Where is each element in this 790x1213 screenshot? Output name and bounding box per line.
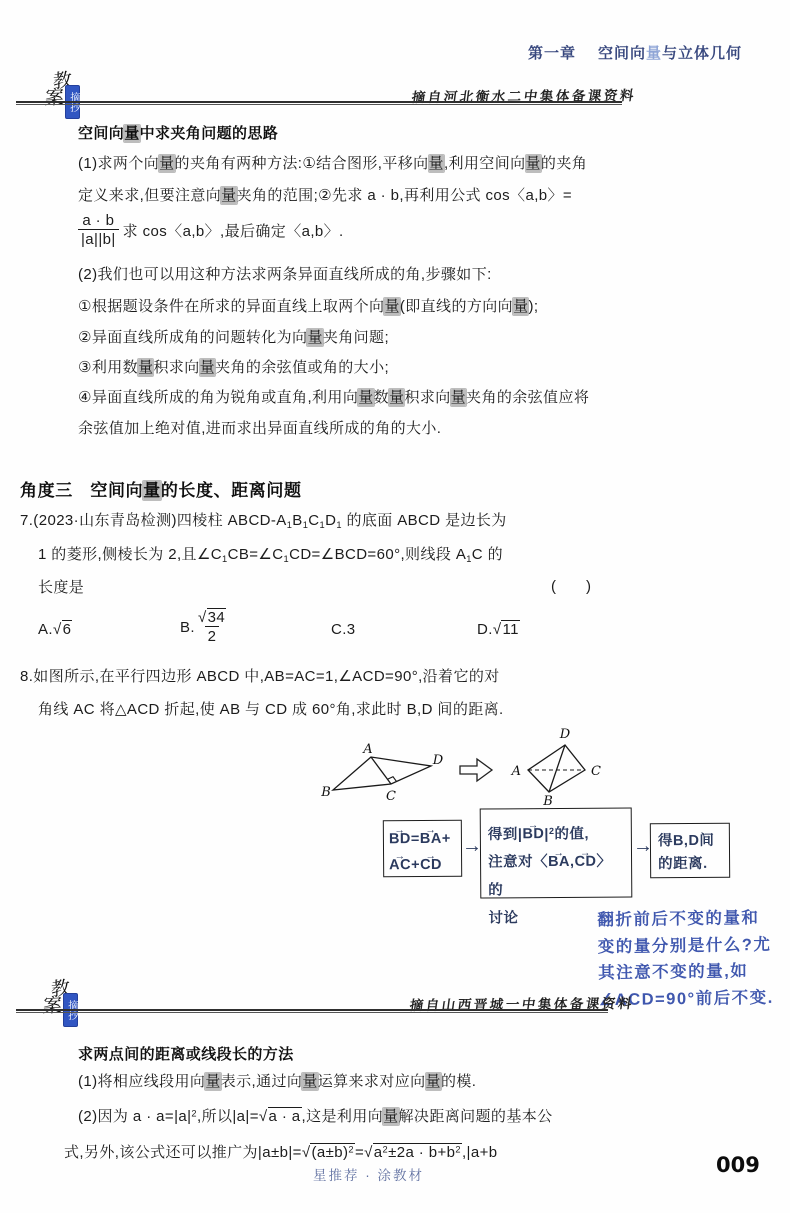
pgram-label-a: A — [362, 742, 372, 757]
chapter-title-post: 与立体几何 — [662, 45, 742, 62]
stamp2-char-an: 案 — [42, 990, 62, 1018]
stamp-char-an: 案 — [44, 82, 64, 110]
q7-choice-c: C.3 — [331, 621, 356, 638]
notes1-step4-cont: 余弦值加上绝对值,进而求出异面直线所成的角的大小. — [78, 417, 441, 438]
textbook-page: 第一章空间向量与立体几何 教 案 摘抄 摘自河北衡水二中集体备课资料 空间向量中… — [0, 0, 790, 1213]
notes1-line3: (2)我们也可以用这种方法求两条异面直线所成的角,步骤如下: — [78, 263, 492, 284]
q7-choice-b-denominator: 2 — [205, 626, 220, 645]
flowchart-box1-line2: AC+CD — [389, 852, 457, 878]
chapter-number: 第一章 — [528, 45, 576, 62]
chapter-header: 第一章空间向量与立体几何 — [528, 42, 742, 63]
q7-answer-blank: ( ) — [551, 575, 591, 596]
q7-choice-d: D.11 — [477, 621, 520, 638]
notes1-step4: ④异面直线所成的角为锐角或直角,利用向量数量积求向量夹角的余弦值应将 — [78, 386, 589, 407]
q7-line3: 长度是 — [38, 576, 84, 597]
tetra-label-c: C — [591, 764, 601, 779]
q8-line2: 角线 AC 将△ACD 折起,使 AB 与 CD 成 60°角,求此时 B,D … — [38, 698, 504, 719]
notes2-line1: (1)将相应线段用向量表示,通过向量运算来求对应向量的模. — [78, 1070, 476, 1091]
margin-note-line3: 其注意不变的量,如 — [598, 958, 774, 987]
section-heading-angle3: 角度三 空间向量的长度、距离问题 — [20, 476, 302, 501]
page-number: 009 — [716, 1153, 760, 1177]
flowchart-box-result: 得B,D间 的距离. — [650, 823, 730, 879]
flowchart-box3-line1: 得B,D间 — [658, 830, 725, 853]
pgram-label-d: D — [432, 753, 444, 768]
flowchart-box-discussion: 得到|BD|2的值, 注意对〈BA,CD〉的 讨论 — [480, 807, 633, 898]
lesson-plan-stamp: 教 案 摘抄 — [44, 66, 104, 126]
q7-choice-b-label: B. — [180, 619, 195, 636]
notes1-line2: 定义来求,但要注意向量夹角的范围;②先求 a · b,再利用公式 cos〈a,b… — [78, 184, 572, 205]
chapter-title-pre: 空间向 — [598, 45, 646, 62]
flowchart-box2-line2: 注意对〈BA,CD〉的 — [488, 848, 626, 905]
q7-choice-a: A.6 — [38, 621, 72, 638]
margin-note-line1: 翻折前后不变的量和 — [597, 905, 773, 934]
notes1-step2: ②异面直线所成角的问题转化为向量夹角问题; — [78, 326, 389, 347]
chapter-title-highlight: 量 — [646, 45, 662, 62]
margin-note-line2: 变的量分别是什么?尤 — [598, 931, 774, 960]
notes1-line1: (1)求两个向量的夹角有两种方法:①结合图形,平移向量,利用空间向量的夹角 — [78, 152, 587, 173]
tetrahedron-diagram — [528, 745, 585, 792]
notes2-line2: (2)因为 a · a=|a|2,所以|a|=a · a,这是利用向量解决距离问… — [78, 1105, 553, 1126]
notes1-fraction-line: a · b |a||b| 求 cos〈a,b〉,最后确定〈a,b〉. — [78, 212, 344, 249]
q7-choice-b: B. 34 2 — [180, 609, 229, 646]
parallelogram-diagram — [333, 757, 431, 790]
footer-brand: 星推荐 · 涂教材 — [313, 1164, 424, 1184]
fraction-ab-over-abs: a · b |a||b| — [78, 212, 119, 249]
q8-line1: 8.如图所示,在平行四边形 ABCD 中,AB=AC=1,∠ACD=90°,沿着… — [20, 665, 500, 686]
lesson-plan-stamp-2: 教 案 摘抄 — [42, 974, 102, 1034]
pgram-label-b: B — [320, 785, 331, 800]
tetra-label-d: D — [559, 727, 571, 742]
implies-arrow-icon — [460, 759, 492, 781]
tetra-label-a: A — [511, 764, 521, 779]
q7-line2: 1 的菱形,侧棱长为 2,且∠C1CB=∠C1CD=∠BCD=60°,则线段 A… — [38, 543, 503, 564]
fraction-tail-text: 求 cos〈a,b〉,最后确定〈a,b〉. — [123, 220, 344, 241]
notes2-title: 求两点间的距离或线段长的方法 — [78, 1043, 294, 1064]
fraction-numerator: a · b — [79, 212, 117, 229]
notes2-line3: 式,另外,该公式还可以推广为|a±b|=(a±b)2=a2±2a · b+b2,… — [64, 1141, 497, 1162]
header-rule-1 — [16, 101, 622, 103]
notes1-title: 空间向量中求夹角问题的思路 — [78, 122, 278, 143]
flowchart-box3-line2: 的距离. — [658, 853, 725, 876]
header-rule-2 — [16, 1009, 608, 1011]
q8-figure: A B C D D A C B — [300, 722, 620, 817]
q7-choice-b-numerator: 34 — [195, 609, 229, 626]
fraction-denominator: |a||b| — [78, 229, 119, 248]
pgram-label-c: C — [386, 789, 396, 804]
q7-choice-b-fraction: 34 2 — [195, 609, 229, 646]
q7-line1: 7.(2023·山东青岛检测)四棱柱 ABCD-A1B1C1D1 的底面 ABC… — [20, 509, 507, 530]
tetra-label-b: B — [542, 794, 553, 809]
notes1-step1: ①根据题设条件在所求的异面直线上取两个向量(即直线的方向向量); — [78, 295, 538, 316]
notes1-step3: ③利用数量积求向量夹角的余弦值或角的大小; — [78, 356, 389, 377]
flowchart-box-vector-sum: BD=BA+ AC+CD — [383, 820, 462, 878]
